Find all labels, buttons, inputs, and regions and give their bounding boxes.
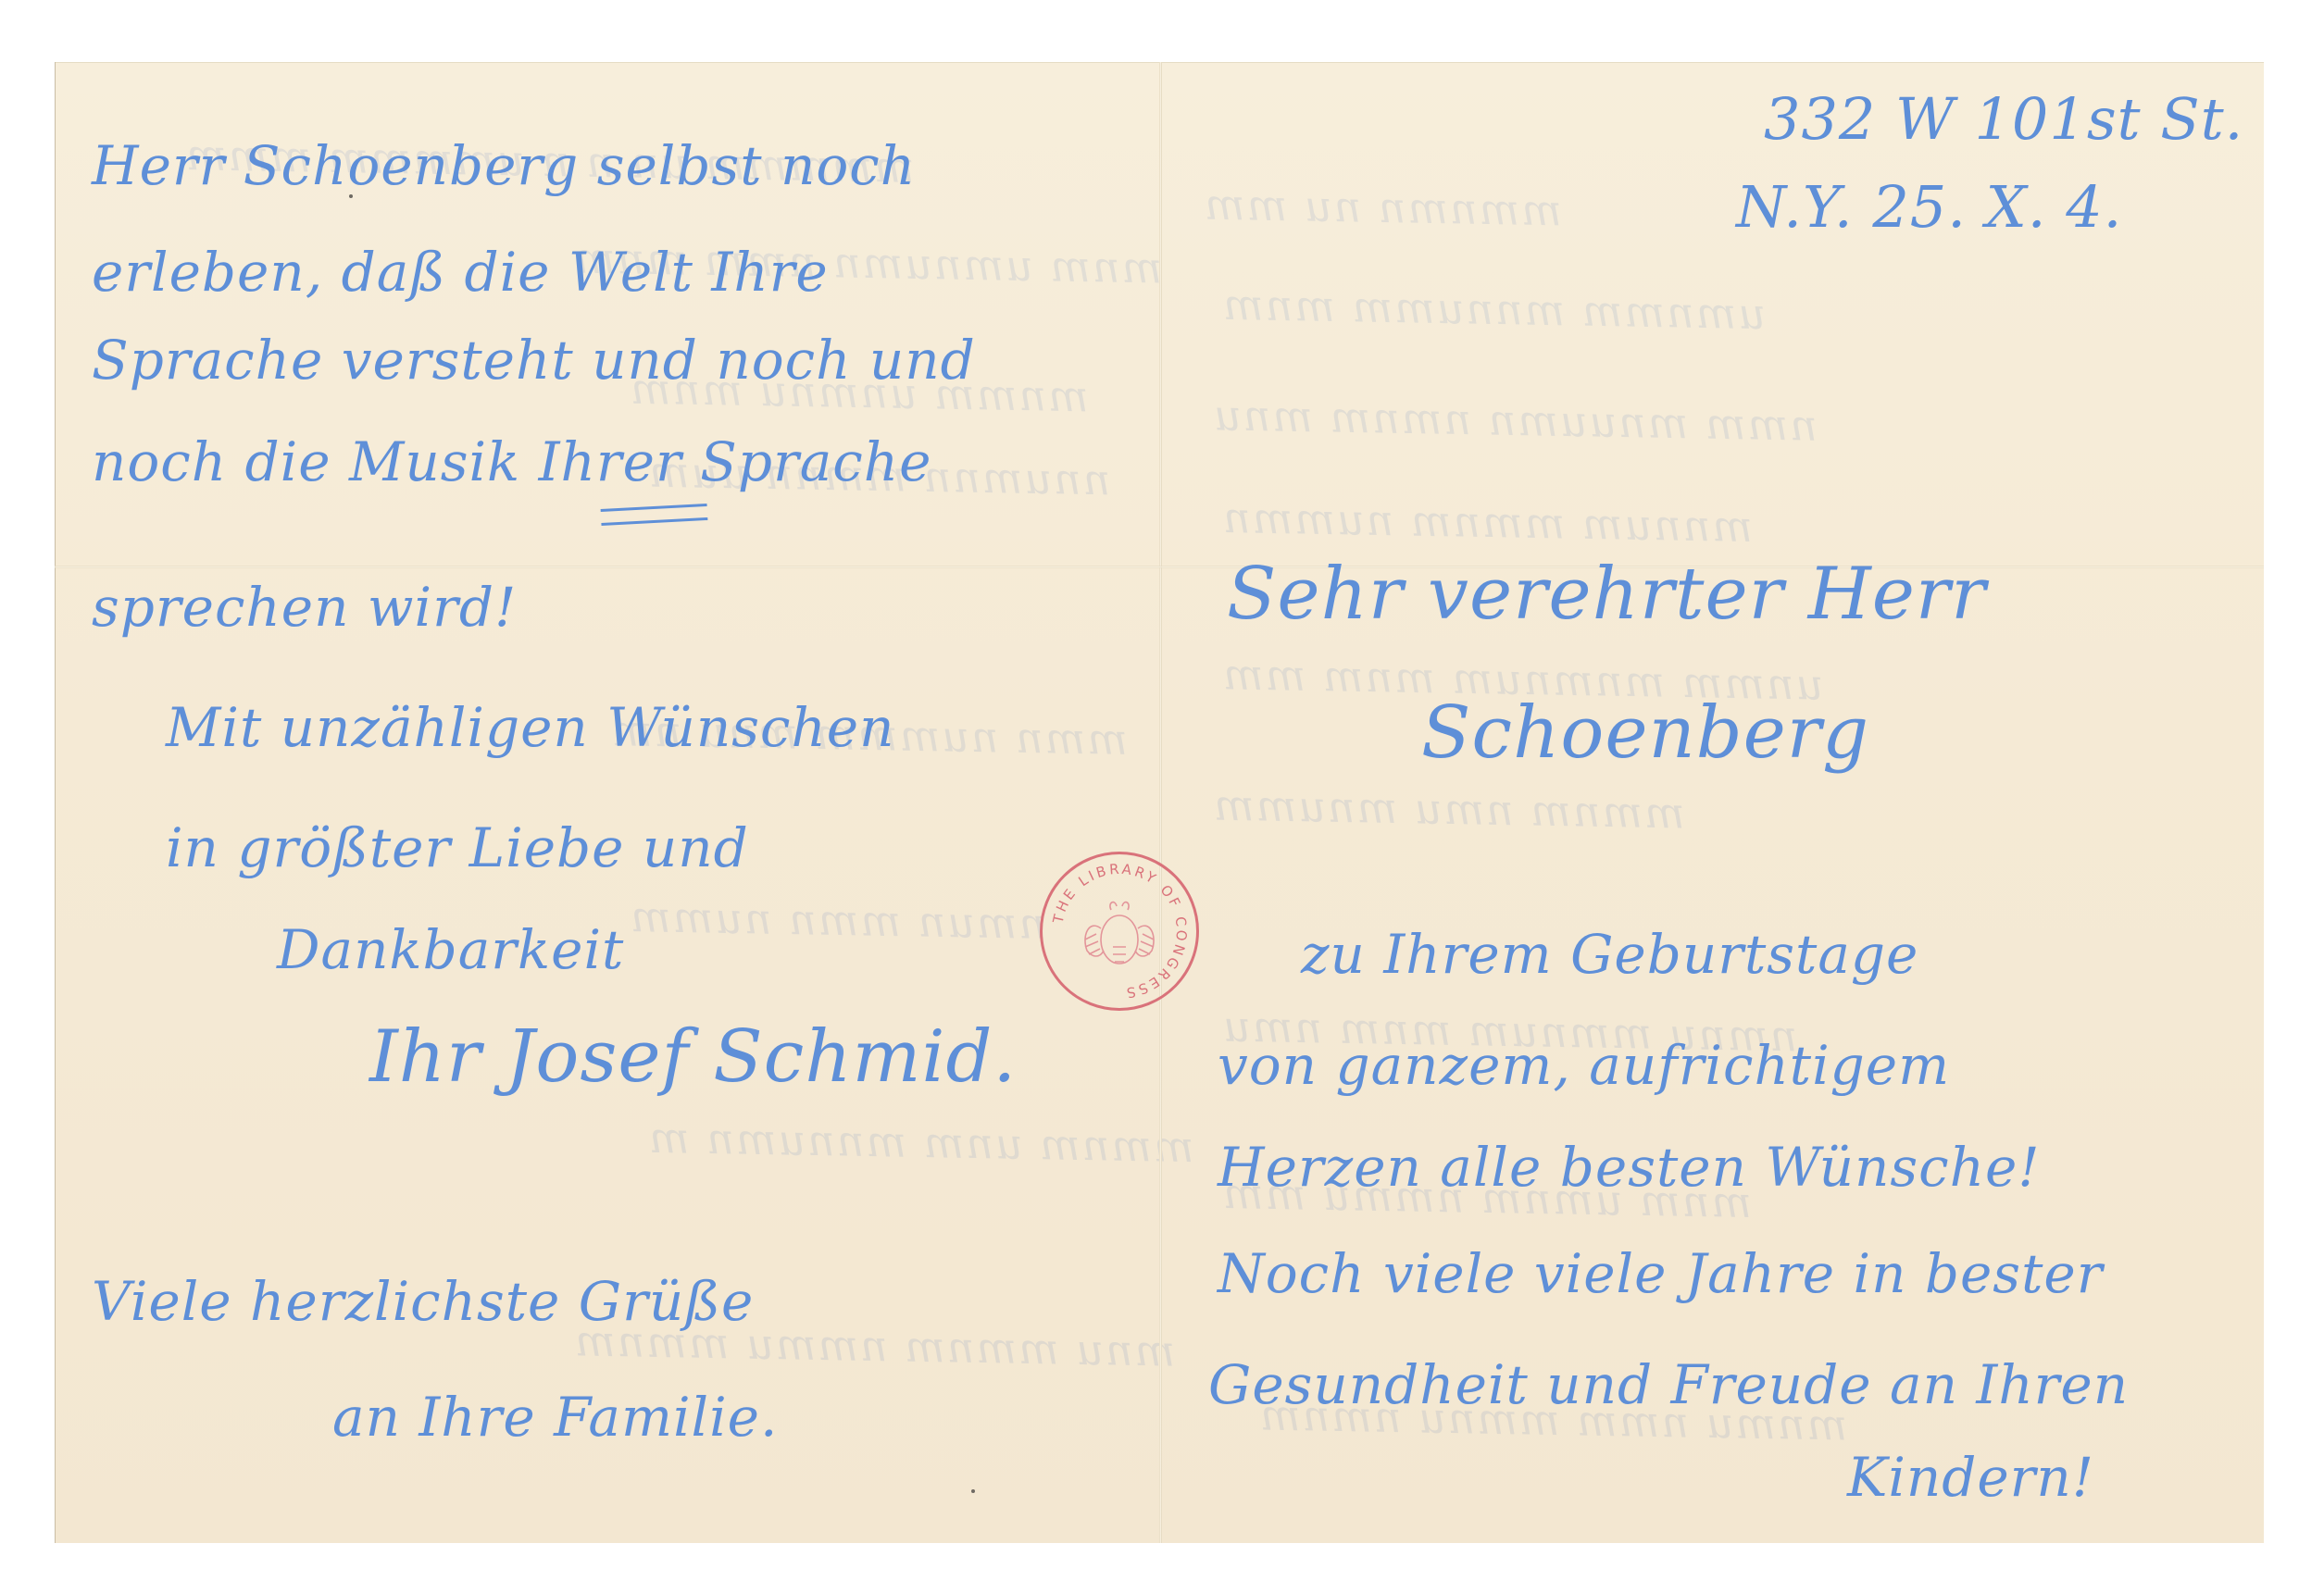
left-page: Herr Schoenberg selbst noch erleben, daß… bbox=[55, 62, 1160, 1543]
date-line: N.Y. 25. X. 4. bbox=[1736, 173, 2122, 241]
left-body-line-3: Sprache versteht und noch und bbox=[92, 329, 976, 392]
closing-line-3: Dankbarkeit bbox=[277, 918, 624, 981]
right-body-line-2: von ganzem, aufrichtigem bbox=[1218, 1034, 1950, 1097]
left-body-line-1: Herr Schoenberg selbst noch bbox=[92, 134, 916, 197]
library-of-congress-stamp: THE LIBRARY OF CONGRESS bbox=[1040, 852, 1199, 1011]
right-body-line-3: Herzen alle besten Wünsche! bbox=[1218, 1136, 2041, 1199]
closing-line-2: in größter Liebe und bbox=[166, 816, 749, 879]
left-body-line-5: sprechen wird! bbox=[92, 576, 517, 639]
salutation-line-2: Schoenberg bbox=[1421, 691, 1869, 775]
svg-text:THE LIBRARY OF CONGRESS: THE LIBRARY OF CONGRESS bbox=[1049, 861, 1190, 1002]
postscript-line-2: an Ihre Familie. bbox=[332, 1386, 778, 1449]
right-body-line-6: Kindern! bbox=[1847, 1446, 2094, 1509]
postscript-line-1: Viele herzlichste Grüße bbox=[92, 1270, 754, 1333]
address-line: 332 W 101st St. bbox=[1764, 85, 2243, 153]
closing-line-1: Mit unzähligen Wünschen bbox=[166, 696, 894, 759]
right-body-line-1: zu Ihrem Geburtstage bbox=[1301, 923, 1918, 986]
right-page: 332 W 101st St. N.Y. 25. X. 4. Sehr vere… bbox=[1162, 62, 2264, 1543]
left-body-line-4: noch die Musik Ihrer Sprache bbox=[92, 430, 931, 493]
eagle-seal-icon: THE LIBRARY OF CONGRESS bbox=[1043, 854, 1196, 1008]
right-body-line-5: Gesundheit und Freude an Ihren bbox=[1208, 1353, 2129, 1416]
paper-speck bbox=[349, 194, 353, 198]
paper-speck bbox=[971, 1489, 975, 1493]
double-underline-mark bbox=[601, 504, 708, 526]
left-body-line-2: erleben, daß die Welt Ihre bbox=[92, 241, 829, 304]
right-body-line-4: Noch viele viele Jahre in bester bbox=[1218, 1242, 2103, 1305]
letter-sheet: mmmmm un n n ummmm mmm mnm umnumn nmm mn… bbox=[55, 62, 2264, 1543]
salutation-line-1: Sehr verehrter Herr bbox=[1227, 553, 1986, 636]
signature: Ihr Josef Schmid. bbox=[369, 1015, 1017, 1099]
